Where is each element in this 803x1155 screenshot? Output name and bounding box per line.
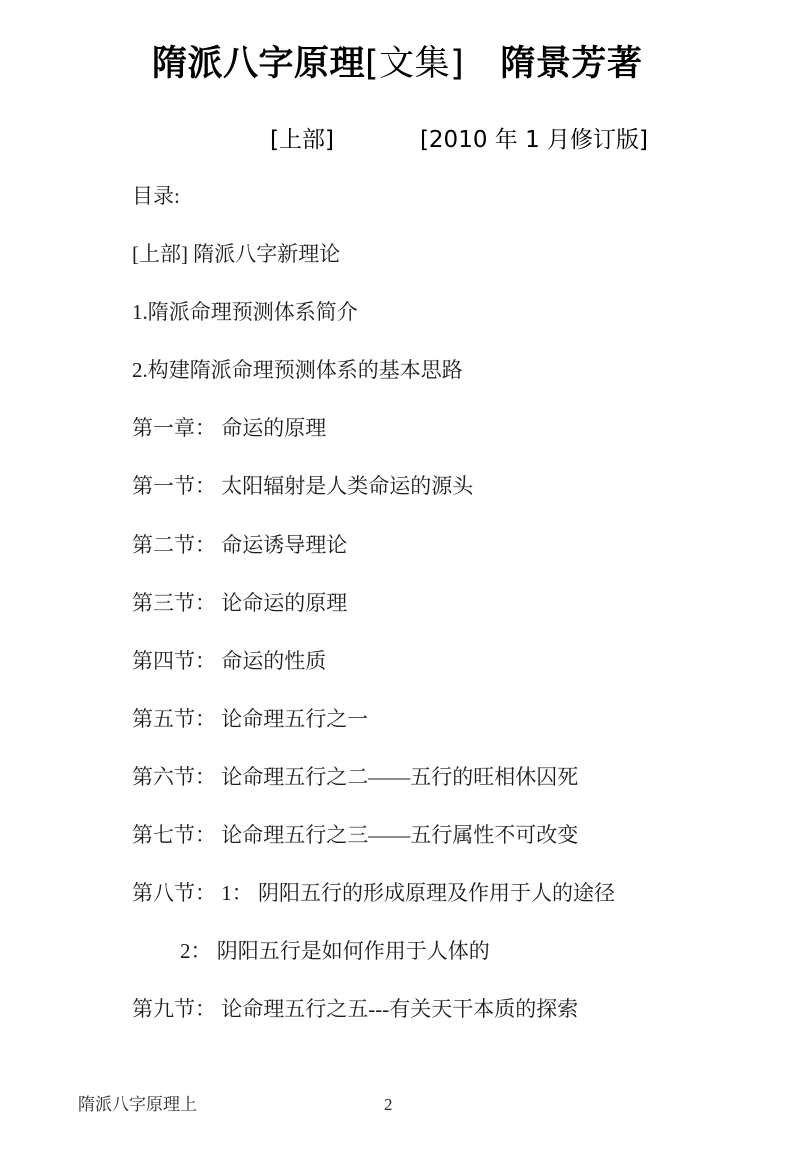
document-page: 隋派八字原理[文集]隋景芳著 [上部][2010 年 1 月修订版] 目录: [… xyxy=(0,0,803,1155)
toc-line: 第一章： 命运的原理 xyxy=(132,415,763,473)
document-title: 隋派八字原理[文集]隋景芳著 xyxy=(152,42,642,86)
toc-line: 第一节： 太阳辐射是人类命运的源头 xyxy=(132,473,763,531)
toc-line: 第七节： 论命理五行之三——五行属性不可改变 xyxy=(132,822,763,880)
toc-line: [上部] 隋派八字新理论 xyxy=(132,241,763,299)
document-title-author: 隋景芳著 xyxy=(500,44,642,84)
toc-line: 第四节： 命运的性质 xyxy=(132,648,763,706)
document-subtitle: [上部][2010 年 1 月修订版] xyxy=(270,124,648,156)
toc-line: 第二节： 命运诱导理论 xyxy=(132,532,763,590)
toc-heading: 目录: xyxy=(132,183,763,241)
document-title-main: 隋派八字原理 xyxy=(152,44,365,84)
subtitle-part: [上部] xyxy=(270,127,334,153)
toc-line-indented: 2： 阴阳五行是如何作用于人体的 xyxy=(132,938,763,996)
document-title-bracket: [文集] xyxy=(365,44,464,84)
footer-page-number: 2 xyxy=(384,1094,393,1116)
toc-line: 第六节： 论命理五行之二——五行的旺相休囚死 xyxy=(132,764,763,822)
toc-line: 第九节： 论命理五行之五---有关天干本质的探索 xyxy=(132,996,763,1054)
toc-line: 第三节： 论命运的原理 xyxy=(132,590,763,648)
toc-line: 1.隋派命理预测体系简介 xyxy=(132,299,763,357)
toc-line: 第五节： 论命理五行之一 xyxy=(132,706,763,764)
subtitle-edition: [2010 年 1 月修订版] xyxy=(420,127,648,153)
footer-document-name: 隋派八字原理上 xyxy=(78,1094,197,1116)
toc-line: 2.构建隋派命理预测体系的基本思路 xyxy=(132,357,763,415)
table-of-contents: 目录: [上部] 隋派八字新理论 1.隋派命理预测体系简介 2.构建隋派命理预测… xyxy=(132,183,763,1054)
toc-line: 第八节： 1： 阴阳五行的形成原理及作用于人的途径 xyxy=(132,880,763,938)
